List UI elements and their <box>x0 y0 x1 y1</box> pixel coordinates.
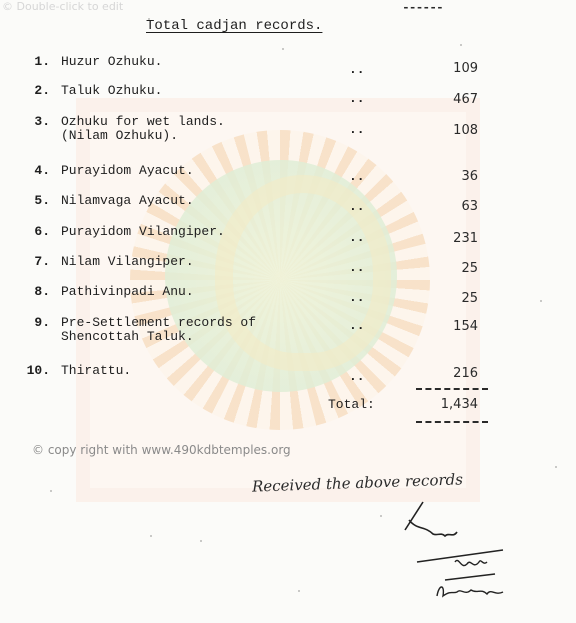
row-label: Nilamvaga Ayacut. <box>61 194 194 208</box>
row-leader: .. <box>349 123 365 137</box>
row-number: 5. <box>0 194 50 208</box>
speck <box>460 44 462 46</box>
row-leader: .. <box>349 92 365 106</box>
speck <box>380 515 382 517</box>
row-label: Pathivinpadi Anu. <box>61 285 194 299</box>
row-value: 25 <box>398 292 478 306</box>
row-number: 2. <box>0 84 50 98</box>
speck <box>540 300 542 302</box>
row-label: Pre-Settlement records of Shencottah Tal… <box>61 316 256 344</box>
row-value: 467 <box>398 93 478 107</box>
row-number: 7. <box>0 255 50 269</box>
speck <box>150 535 152 537</box>
row-leader: .. <box>349 370 365 384</box>
subtotal-rule <box>416 388 488 390</box>
total-rule <box>416 421 488 423</box>
row-value: 108 <box>398 124 478 138</box>
row-leader: .. <box>349 200 365 214</box>
row-value: 109 <box>398 62 478 76</box>
row-leader: .. <box>349 319 365 333</box>
row-value: 63 <box>398 200 478 214</box>
row-number: 6. <box>0 225 50 239</box>
row-label: Ozhuku for wet lands. (Nilam Ozhuku). <box>61 115 225 143</box>
copyright-watermark: © copy right with www.490kdbtemples.org <box>32 443 291 457</box>
row-value: 36 <box>398 170 478 184</box>
top-dashes: ------ <box>402 0 443 15</box>
edit-hint[interactable]: © Double-click to edit <box>2 0 123 13</box>
row-label: Huzur Ozhuku. <box>61 55 162 69</box>
row-leader: .. <box>349 231 365 245</box>
row-number: 4. <box>0 164 50 178</box>
speck <box>282 48 284 50</box>
speck <box>298 590 300 592</box>
row-label: Purayidom Vilangiper. <box>61 225 225 239</box>
speck <box>200 540 202 542</box>
speck <box>555 466 557 468</box>
row-leader: .. <box>349 170 365 184</box>
signature-icon <box>395 500 565 610</box>
row-leader: .. <box>349 261 365 275</box>
row-label: Purayidom Ayacut. <box>61 164 194 178</box>
row-value: 216 <box>398 367 478 381</box>
total-value: 1,434 <box>398 398 478 412</box>
row-label: Nilam Vilangiper. <box>61 255 194 269</box>
row-leader: .. <box>349 291 365 305</box>
speck <box>50 490 52 492</box>
row-value: 231 <box>398 232 478 246</box>
row-number: 8. <box>0 285 50 299</box>
row-label: Taluk Ozhuku. <box>61 84 162 98</box>
row-number: 10. <box>0 364 50 378</box>
row-number: 3. <box>0 115 50 129</box>
row-value: 25 <box>398 262 478 276</box>
speck <box>148 18 150 20</box>
row-number: 9. <box>0 316 50 330</box>
document-page: © Double-click to edit ------ Total cadj… <box>0 0 576 623</box>
row-leader: .. <box>349 63 365 77</box>
total-label: Total: <box>328 398 375 412</box>
row-label: Thirattu. <box>61 364 131 378</box>
row-value: 154 <box>398 320 478 334</box>
document-title: Total cadjan records. <box>146 18 322 34</box>
row-number: 1. <box>0 55 50 69</box>
